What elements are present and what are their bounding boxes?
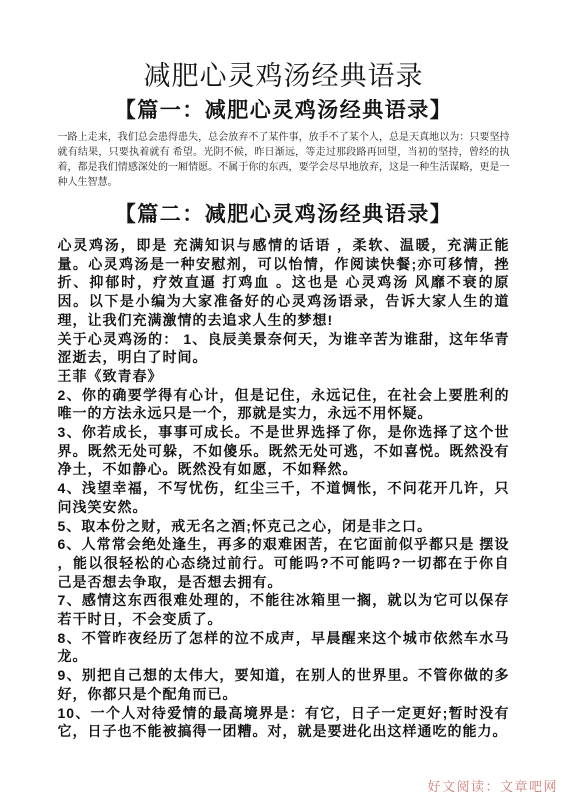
quote-paragraph-9: 9、别把自己想的太伟大，要知道，在别人的世界里。不管你做的多好，你都只是个配角而… <box>58 666 510 703</box>
quote-paragraph-2: 2、你的确要学得有心计，但是记住，永远记住，在社会上要胜利的唯一的方法永远只是一… <box>58 386 510 423</box>
section1-paragraph: 一路上走来，我们总会患得患失，总会放弃不了某件事，放手不了某个人，总是天真地以为… <box>58 130 510 190</box>
quote-paragraph-intro: 心灵鸡汤，即是 充满知识与感情的话语 ，柔软、温暖，充满正能量。心灵鸡汤是一种安… <box>58 236 510 330</box>
section2-body: 心灵鸡汤，即是 充满知识与感情的话语 ，柔软、温暖，充满正能量。心灵鸡汤是一种安… <box>58 236 510 741</box>
quote-paragraph-3: 3、你若成长，事事可成长。不是世界选择了你，是你选择了这个世界。既然无处可躲，不… <box>58 423 510 479</box>
document-page: 减肥心灵鸡汤经典语录 【篇一：减肥心灵鸡汤经典语录】 一路上走来，我们总会患得患… <box>0 0 566 741</box>
section2-heading: 【篇二：减肥心灵鸡汤经典语录】 <box>57 200 510 228</box>
quote-paragraph-4: 4、浅望幸福，不写忧伤，红尘三千，不道惆怅，不问花开几许，只问浅笑安然。 <box>58 479 510 516</box>
site-watermark: 好文阅读：文章吧网 <box>427 776 558 795</box>
section1-heading: 【篇一：减肥心灵鸡汤经典语录】 <box>57 96 510 124</box>
quote-paragraph-6: 6、人常常会绝处逢生，再多的艰难困苦，在它面前似乎都只是 摆设 ，能以很轻松的心… <box>58 535 510 591</box>
quote-paragraph-5: 5、取本份之财，戒无名之酒;怀克己之心，闭是非之口。 <box>58 517 510 536</box>
quote-paragraph-author: 王菲《致青春》 <box>58 367 510 386</box>
quote-paragraph-7: 7、感情这东西很难处理的，不能往冰箱里一搁，就以为它可以保存若干时日，不会变质了… <box>58 591 510 628</box>
quote-paragraph-10: 10、一个人对待爱情的最高境界是：有它，日子一定更好;暂时没有它，日子也不能被搞… <box>58 704 510 741</box>
quote-paragraph-8: 8、不管昨夜经历了怎样的泣不成声，早晨醒来这个城市依然车水马龙。 <box>58 629 510 666</box>
quote-paragraph-1: 关于心灵鸡汤的： 1、良辰美景奈何天，为谁辛苦为谁甜，这年华青涩逝去，明白了时间… <box>58 330 510 367</box>
page-title: 减肥心灵鸡汤经典语录 <box>57 58 510 94</box>
